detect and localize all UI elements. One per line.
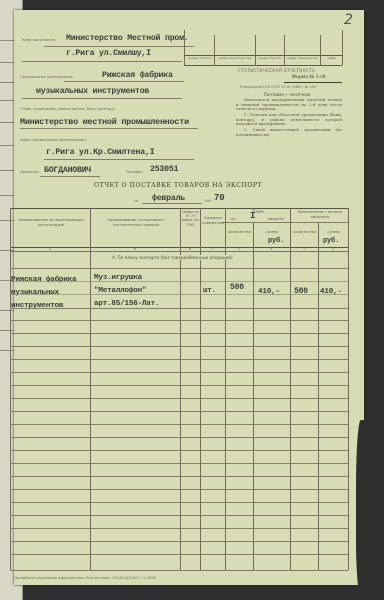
col-header-organization: Наименование экспортирующих организаций xyxy=(12,218,90,227)
col-header-fact-sum: сумма xyxy=(319,230,348,235)
sender-label: Кому высылается xyxy=(22,38,55,42)
col-header-plan: План xyxy=(226,210,290,215)
plan-quarter-prefix: на xyxy=(228,217,238,222)
col-header-plan-qty: количество xyxy=(226,230,253,235)
code-box-branch: шифр отрасли xyxy=(256,56,284,60)
form-instructions: Высылается предприятиями отраслей легкой… xyxy=(236,98,342,112)
col-num-3: 3 xyxy=(290,247,318,252)
row-goods-line3: арт.85/156-Лат. xyxy=(94,300,159,308)
col-num-4: 4 xyxy=(318,247,348,252)
code-box-enterprise: шифр предприятия xyxy=(285,56,320,60)
report-title: ОТЧЕТ О ПОСТАВКЕ ТОВАРОВ НА ЭКСПОРТ xyxy=(94,182,262,189)
ministry-label: Главк, управление, министерство, база (к… xyxy=(20,107,115,111)
enterprise-line2: музыкальных инструментов xyxy=(36,87,149,96)
report-form-page: 2 шифр области шифр министерства шифр от… xyxy=(14,10,364,585)
col-num-2: 2 xyxy=(253,247,290,252)
year-prefix: 196 xyxy=(204,199,211,203)
col-header-fact-qty: количество xyxy=(291,230,318,235)
col-header-goods: Наименование, ассортимент поставленных т… xyxy=(94,218,178,227)
code-box-ministry: шифр министерства xyxy=(215,56,255,60)
section-title: А. По плану экспорта (без товарообменных… xyxy=(110,255,235,260)
col-header-unit: Единица измерения xyxy=(202,216,224,225)
enterprise-label: Предприятие (организация) xyxy=(20,75,74,79)
form-recipient-2: 2. Своей вышестоящей организации (по под… xyxy=(236,128,342,137)
col-num-1: 1 xyxy=(225,247,253,252)
form-number: Форма № 1-эб xyxy=(292,75,326,80)
row-organization-line1: Рижская фабрика xyxy=(11,276,76,284)
plan-sum-unit: руб. xyxy=(268,237,284,245)
director-label: Директор xyxy=(20,170,38,174)
address-value: г.Рига ул.Кр.Смилтена,I xyxy=(46,148,154,157)
director-value: БОГДАНОВИЧ xyxy=(44,166,91,175)
page-number: 2 xyxy=(344,12,353,28)
phone-value: 253051 xyxy=(150,165,178,174)
phone-label: Телефон xyxy=(126,170,143,174)
col-header-code: Шифр по Ф. 70 видов (по ГНБ) xyxy=(181,210,200,227)
sender-line2: г.Рига ул.Смилшу,I xyxy=(66,49,151,58)
col-num-a: А xyxy=(10,247,90,252)
col-header-plan-sum: сумма xyxy=(254,230,290,235)
month-label: за xyxy=(134,199,138,203)
col-num-v: В xyxy=(180,247,200,252)
plan-quarter-value: I xyxy=(250,211,255,221)
row-plan-qty: 500 xyxy=(230,283,244,292)
col-num-b: Б xyxy=(90,247,180,252)
code-box-other: шифр xyxy=(321,56,342,60)
plan-quarter-suffix: квартал xyxy=(264,217,288,222)
address-label: Адрес предприятия (организации) xyxy=(20,138,86,142)
sender-line1: Министерство Местной пром. xyxy=(66,34,189,43)
col-num-g: Г xyxy=(200,247,225,252)
form-type: СТАТИСТИЧЕСКАЯ ОТЧЕТНОСТЬ xyxy=(238,68,315,73)
fact-sum-unit: руб. xyxy=(323,237,339,245)
enterprise-line1: Рижская фабрика xyxy=(102,71,173,80)
form-recipient-1: 1. Отделам или областной организации (ба… xyxy=(236,113,342,127)
form-approved: Утверждена ЦСУ СССР 11 IV 1966 г. № 299 xyxy=(240,85,316,89)
month-value: февраль xyxy=(152,194,185,203)
code-box-region: шифр области xyxy=(186,56,214,60)
torn-edge xyxy=(356,420,368,590)
ministry-value: Министерство местной промышленности xyxy=(20,117,189,127)
row-organization-line2: музыкальных xyxy=(11,289,59,297)
year-value: 70 xyxy=(214,193,224,203)
col-header-fact: Выполнение с начала квартала xyxy=(292,210,348,219)
printer-footer: Латвийское отделение издательства «Стати… xyxy=(14,576,156,580)
